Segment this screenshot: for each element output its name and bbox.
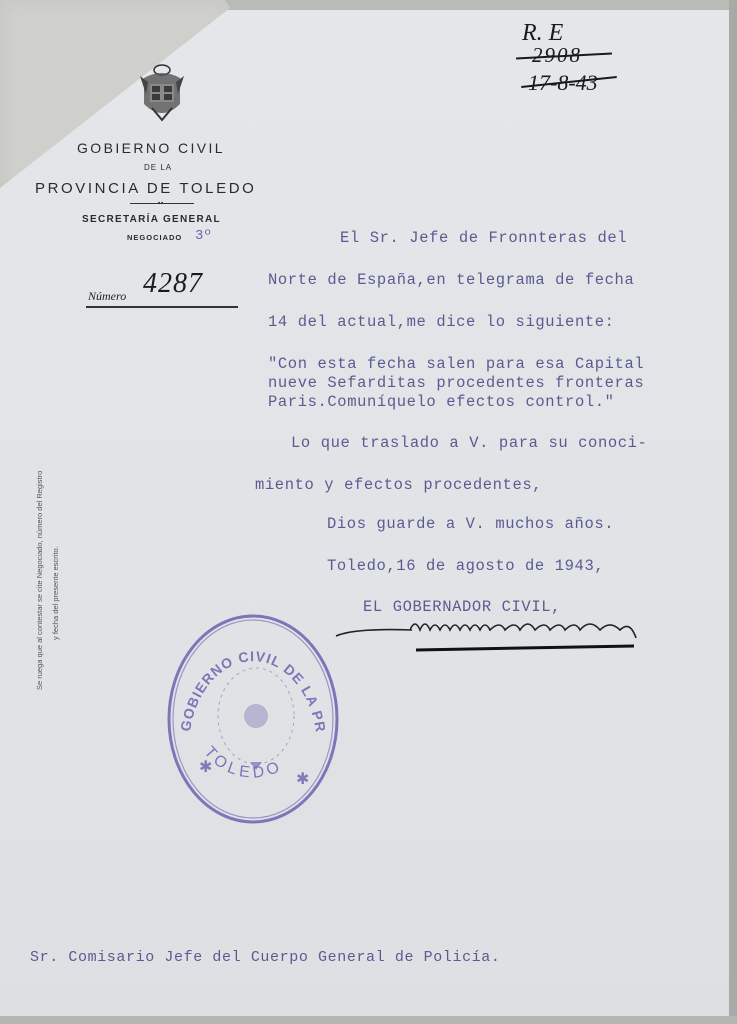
quote-line: Paris.Comuníquelo efectos control." (268, 393, 615, 411)
body-line: El Sr. Jefe de Fronnteras del (340, 229, 627, 247)
signature-flourish (334, 622, 414, 642)
stamp-star-icon: ✱ (199, 759, 212, 776)
quote-line: "Con esta fecha salen para esa Capital (268, 355, 644, 373)
background-sheet-right (729, 0, 737, 1024)
section-value: 3º (195, 228, 212, 244)
svg-text:TOLEDO: TOLEDO (201, 744, 286, 782)
side-note: Se ruega que al contestar se cite Negoci… (32, 471, 64, 690)
coat-of-arms-icon (138, 64, 186, 126)
background-sheet-bottom (0, 1016, 737, 1024)
side-note-line: Se ruega que al contestar se cite Negoci… (32, 471, 48, 690)
registry-mark-number: 2908 (532, 43, 582, 68)
side-note-line: y fecha del presente escrito. (48, 471, 64, 690)
registry-mark-date: 17-8-43 (528, 70, 598, 96)
addressee: Sr. Comisario Jefe del Cuerpo General de… (30, 949, 500, 966)
official-stamp: GOBIERNO CIVIL DE LA PROVINCIA TOLEDO ✱ … (164, 612, 342, 826)
number-underline (86, 306, 238, 308)
letterhead-province: PROVINCIA DE TOLEDO (35, 180, 256, 197)
date-line: Toledo,16 de agosto de 1943, (327, 557, 604, 575)
body-line: 14 del actual,me dice lo siguiente: (268, 313, 615, 331)
letterhead-divider-dots: •• (158, 201, 164, 207)
section-label: NEGOCIADO (127, 233, 182, 242)
letterhead-title: GOBIERNO CIVIL (77, 140, 225, 156)
quote-line: nueve Sefarditas procedentes fronteras (268, 374, 644, 392)
body-line: Norte de España,en telegrama de fecha (268, 271, 634, 289)
body-line: Lo que traslado a V. para su conoci- (291, 434, 647, 452)
closing-line: Dios guarde a V. muchos años. (327, 515, 614, 533)
letterhead-department: SECRETARÍA GENERAL (82, 214, 221, 225)
stamp-star-icon: ✱ (296, 771, 309, 788)
stamp-text-bottom: TOLEDO (201, 744, 286, 782)
signature (410, 616, 642, 656)
body-line: miento y efectos procedentes, (255, 476, 542, 494)
number-value: 4287 (143, 268, 203, 300)
signatory-title: EL GOBERNADOR CIVIL, (363, 598, 561, 616)
number-label: Número (88, 289, 126, 304)
letterhead-of: DE LA (144, 163, 172, 172)
